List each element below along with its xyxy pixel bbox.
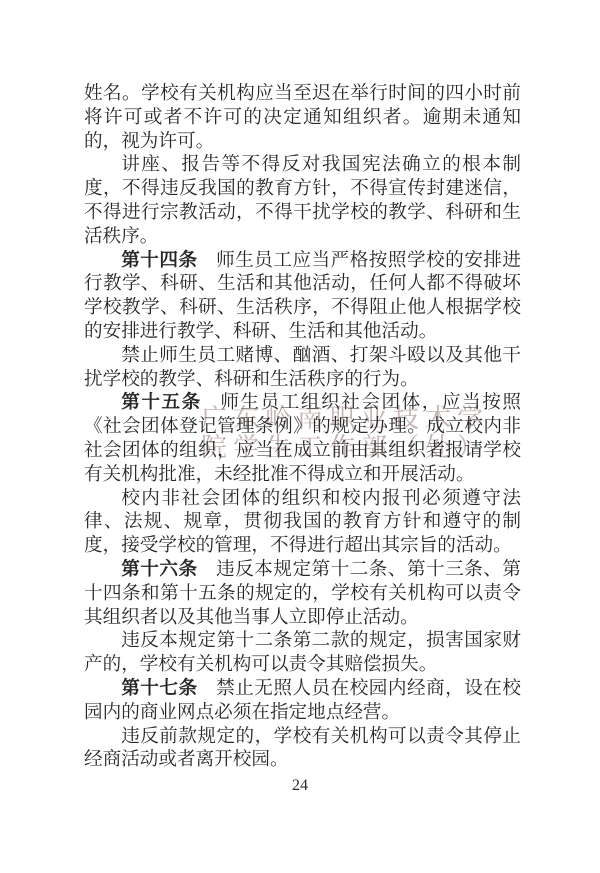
page-number: 24 [0,777,600,795]
paragraph: 违反本规定第十二条第二款的规定，损害国家财产的，学校有关机构可以责令其赔偿损失。 [84,629,521,677]
article-number-heading: 第十六条 [121,559,197,580]
paragraph-article-14: 第十四条师生员工应当严格按照学校的安排进行教学、科研、生活和其他活动，任何人都不… [84,249,521,344]
document-page: 广东岭南职业技术学 院学生工作部（处） 姓名。学校有关机构应当至迟在举行时间的四… [0,0,600,873]
paragraph-text: 禁止师生员工赌博、酗酒、打架斗殴以及其他干扰学校的教学、科研和生活秩序的行为。 [84,345,521,390]
article-number-heading: 第十四条 [121,250,197,271]
paragraph: 讲座、报告等不得反对我国宪法确立的根本制度，不得违反我国的教育方针，不得宣传封建… [84,153,521,248]
paragraph-text: 违反本规定第十二条第二款的规定，损害国家财产的，学校有关机构可以责令其赔偿损失。 [84,630,521,675]
paragraph-article-15: 第十五条师生员工组织社会团体，应当按照《社会团体登记管理条例》的规定办理。成立校… [84,391,521,486]
paragraph-text: 违反前款规定的，学校有关机构可以责令其停止经商活动或者离开校园。 [84,726,521,771]
paragraph: 违反前款规定的，学校有关机构可以责令其停止经商活动或者离开校园。 [84,725,521,773]
paragraph-continued: 姓名。学校有关机构应当至迟在举行时间的四小时前将许可或者不许可的决定通知组织者。… [84,82,521,153]
article-number-heading: 第十七条 [121,678,197,699]
paragraph-text: 讲座、报告等不得反对我国宪法确立的根本制度，不得违反我国的教育方针，不得宣传封建… [84,154,521,246]
body-text: 姓名。学校有关机构应当至迟在举行时间的四小时前将许可或者不许可的决定通知组织者。… [84,82,521,772]
paragraph-article-16: 第十六条违反本规定第十二条、第十三条、第十四条和第十五条的规定的，学校有关机构可… [84,558,521,629]
paragraph: 禁止师生员工赌博、酗酒、打架斗殴以及其他干扰学校的教学、科研和生活秩序的行为。 [84,344,521,392]
paragraph-text: 姓名。学校有关机构应当至迟在举行时间的四小时前将许可或者不许可的决定通知组织者。… [84,83,521,152]
paragraph: 校内非社会团体的组织和校内报刊必须遵守法律、法规、规章，贯彻我国的教育方针和遵守… [84,487,521,558]
paragraph-article-17: 第十七条禁止无照人员在校园内经商，设在校园内的商业网点必须在指定地点经营。 [84,677,521,725]
paragraph-text: 校内非社会团体的组织和校内报刊必须遵守法律、法规、规章，贯彻我国的教育方针和遵守… [84,488,521,557]
article-number-heading: 第十五条 [121,392,202,413]
